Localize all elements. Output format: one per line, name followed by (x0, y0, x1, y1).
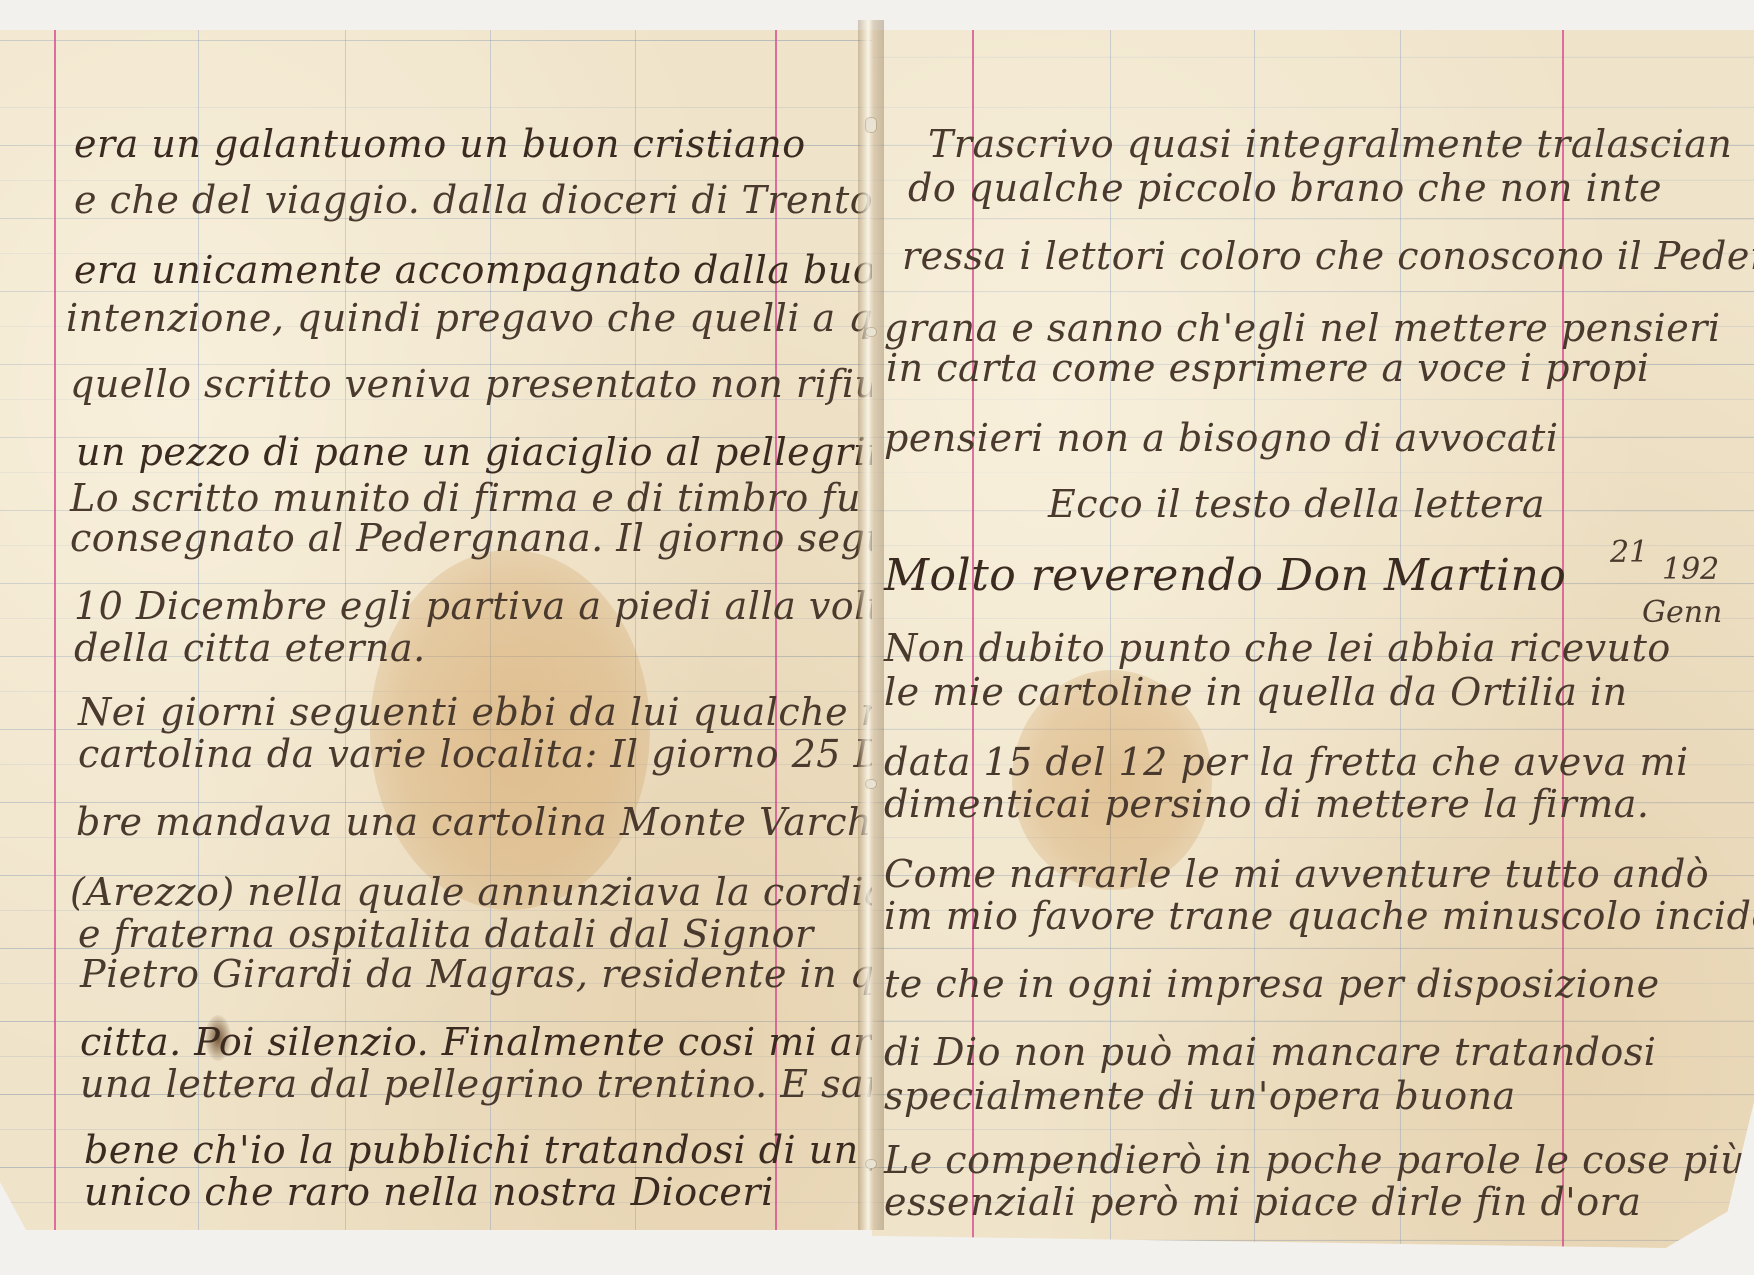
text-line: era un galantuomo un buon cristiano (74, 122, 806, 166)
text-line: Lo scritto munito di firma e di timbro f… (70, 476, 861, 520)
letter-salutation: Molto reverendo Don Martino (884, 550, 1566, 601)
text-line: un pezzo di pane un giaciglio al pellegr… (76, 430, 927, 474)
text-line: cartolina da varie localita: Il giorno 2… (78, 732, 978, 776)
text-line: intenzione, quindi pregavo che quelli a … (66, 296, 947, 340)
text-line: Le compendierò in poche parole le cose p… (884, 1138, 1745, 1182)
text-line: 10 Dicembre egli partiva a piedi alla vo… (74, 584, 906, 628)
text-line: era unicamente accompagnato dalla buona (74, 248, 924, 292)
date-year: 192 (1662, 552, 1719, 587)
text-line: consegnato al Pedergnana. Il giorno segu… (70, 516, 977, 560)
date-month: Genn (1642, 595, 1722, 630)
text-line: le mie cartoline in quella da Ortilia in (884, 670, 1628, 714)
text-line: citta. Poi silenzio. Finalmente cosi mi … (80, 1020, 949, 1064)
notebook-spine (858, 20, 884, 1230)
right-page: Trascrivo quasi integralmente tralascian… (872, 30, 1754, 1248)
text-line: do qualche piccolo brano che non inte (908, 166, 1662, 210)
text-line: della citta eterna. (74, 626, 426, 670)
left-page: era un galantuomo un buon cristiano e ch… (0, 30, 872, 1230)
date-day: 21 (1610, 535, 1648, 570)
binding-thread (866, 1160, 876, 1168)
text-line: dimenticai persino di mettere la firma. (884, 782, 1650, 826)
left-margin-line (54, 30, 56, 1230)
text-line: di Dio non può mai mancare tratandosi (884, 1030, 1656, 1074)
text-line: bre mandava una cartolina Monte Varchi (76, 800, 885, 844)
text-line: (Arezzo) nella quale annunziava la cordi… (70, 870, 923, 914)
text-line: e fraterna ospitalita datali dal Signor (78, 912, 814, 956)
text-line: ressa i lettori coloro che conoscono il … (902, 234, 1754, 278)
text-line: specialmente di un'opera buona (884, 1074, 1516, 1118)
text-line: essenziali però mi piace dirle fin d'ora (884, 1180, 1641, 1224)
text-line: una lettera dal pellegrino trentino. E s… (80, 1062, 906, 1106)
text-line: im mio favore trane quache minuscolo inc… (884, 894, 1754, 938)
text-line: Trascrivo quasi integralmente tralascian (928, 122, 1732, 166)
text-line: unico che raro nella nostra Dioceri (84, 1170, 774, 1214)
text-line: Pietro Girardi da Magras, residente in q… (80, 952, 971, 996)
text-line: grana e sanno ch'egli nel mettere pensie… (884, 306, 1721, 350)
notebook-spread: era un galantuomo un buon cristiano e ch… (0, 0, 1754, 1275)
text-line: data 15 del 12 per la fretta che aveva m… (884, 740, 1689, 784)
text-line: Come narrarle le mi avventure tutto andò (884, 852, 1709, 896)
binding-thread (866, 780, 876, 788)
text-line: Non dubito punto che lei abbia ricevuto (884, 626, 1671, 670)
text-line: bene ch'io la pubblichi tratandosi di un… (84, 1128, 964, 1172)
text-line: pensieri non a bisogno di avvocati (884, 416, 1558, 460)
text-line: te che in ogni impresa per disposizione (884, 962, 1660, 1006)
binding-thread (866, 118, 876, 132)
binding-thread (866, 328, 876, 336)
text-line: Ecco il testo della lettera (1048, 482, 1545, 526)
text-line: Nei giorni seguenti ebbi da lui qualche … (78, 690, 944, 734)
text-line: in carta come esprimere a voce i propi (886, 346, 1649, 390)
